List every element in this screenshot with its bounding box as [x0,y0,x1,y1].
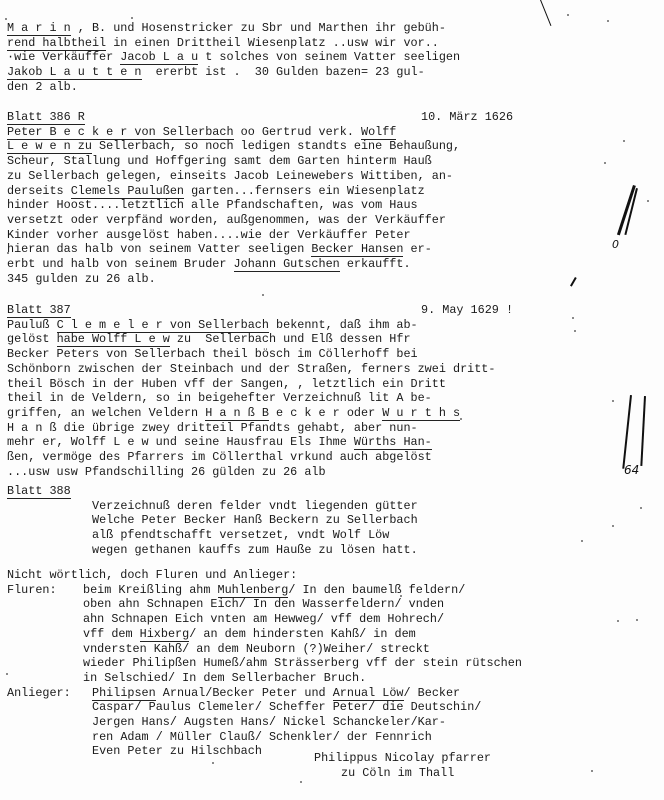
entry-line: Pauluß C l e m e l e r von Sellerbach be… [7,318,418,332]
text-run: oo Gertrud verk. [234,125,361,139]
text-run: beim Kreißling ahm [83,583,218,597]
underlined-name: Jacob L a u [120,50,198,65]
text-run: in einen Drittheil Wiesenplatz ..usw wir… [106,36,439,50]
text-run: ßen, vermöge des Pfarrers im Cöllerthal … [7,450,432,464]
text-run: den 2 alb. [7,80,78,94]
anlieger-line: Jergen Hans/ Augsten Hans/ Nickel Schanc… [92,715,446,729]
scan-speck [581,540,583,542]
underlined-name: Philipsen [92,686,156,701]
scan-speck [591,770,593,772]
entry-line: Scheur, Stallung und Hoffgering samt dem… [7,154,432,168]
text-run: Arnual/Becker Peter und [156,686,333,700]
underlined-name: W u r t h s [382,406,460,421]
scan-speck [640,507,642,509]
fluren-line: wieder Philipßen Humeß/ahm Strässerberg … [83,656,522,670]
fluren-line: beim Kreißling ahm Muhlenberg/ In den ba… [83,583,465,597]
anlieger-label: Anlieger: [7,686,71,700]
text-run: ·wie Verkäuffer [7,50,120,64]
entry-line: erbt und halb von seinem Bruder Johann G… [7,257,411,271]
entry-line: mehr er, Wolff L e w und seine Hausfrau … [7,435,432,449]
text-run: Scheur, Stallung und Hoffgering samt dem… [7,154,432,168]
text-run: ererbt ist . 30 Gulden bazen= 23 gul- [142,65,425,79]
opening-entry-line: rend halbtheil in einen Drittheil Wiesen… [7,36,439,50]
fluren-line: ahn Schnapen Eich vnten am Hewweg/ vff d… [83,612,444,626]
pen-stroke-mark [640,396,645,466]
scan-speck [647,200,649,202]
entry-line: versetzt oder verpfänd worden, außgenomm… [7,213,446,227]
scan-speck [262,294,264,296]
underlined-name: Wolff [361,125,396,140]
entry-line: Schönborn zwischen der Steinbach und der… [7,362,495,376]
scan-speck [612,525,614,527]
opening-entry-line: M a r i n , B. und Hosenstricker zu Sbr … [7,21,446,35]
scan-speck [5,18,7,20]
scan-speck [572,317,574,319]
anlieger-line: Philipsen Arnual/Becker Peter und Arnual… [92,686,460,700]
text-run: er- [403,242,431,256]
text-run: gelöst [7,332,57,346]
fluren-line: oben ahn Schnapen Eich/ In den Wasserfel… [83,597,444,611]
text-run: hinder Hoost....letztlich alle Pfandscha… [7,198,418,212]
text-run: Schönborn zwischen der Steinbach und der… [7,362,495,376]
pen-stroke-mark [622,395,631,469]
scan-speck [6,673,8,675]
entry-line: theil in de Veldern, so in beigehefter V… [7,391,432,405]
text-run: theil Bösch in der Huben vff der Sangen,… [7,377,446,391]
scan-speck [612,400,614,402]
text-run: , B. und Hosenstricker zu Sbr und Marthe… [71,21,446,35]
underlined-name: H a n ß B [205,406,269,421]
scan-speck [300,781,302,783]
underlined-name: Blatt 386 R [7,110,85,125]
text-run: hieran das halb von seinem Vatter seelig… [7,242,311,256]
text-run: e c k e r oder [269,406,382,420]
anlieger-line: Caspar/ Paulus Clemeler/ Scheffer Peter/… [92,700,481,714]
scan-speck [400,595,402,597]
entry-heading: Blatt 387 [7,303,71,317]
pen-stroke-mark [540,0,552,26]
typewritten-document-page: M a r i n , B. und Hosenstricker zu Sbr … [0,0,664,800]
text-run: Even Peter zu Hilschbach [92,744,262,758]
entry-line: L e w e n zu Sellerbach, so noch ledigen… [7,139,460,153]
opening-entry-line: den 2 alb. [7,80,78,94]
fluren-line: vff dem Hixberg/ an dem hindersten Kahß/… [83,627,416,641]
underlined-name: M a r i n [7,21,71,36]
scan-speck [604,162,606,164]
scan-speck [617,620,619,622]
underlined-name: Peter B e c k e r von Sellerbach [7,125,234,140]
text-run: Pauluß [7,318,57,332]
text-run: versetzt oder verpfänd worden, außgenomm… [7,213,446,227]
text-run: derseits [7,184,71,198]
text-run: zu Sellerbach gelegen, einseits Jacob Le… [7,169,453,183]
entry-date: 10. März 1626 [421,110,513,124]
text-run: bekennt, daß ihm ab- [269,318,418,332]
entry-line: hieran das halb von seinem Vatter seelig… [7,242,432,256]
text-run: theil in de Veldern, so in beigehefter V… [7,391,432,405]
underlined-name: Blatt 388 [7,484,71,499]
underlined-name: Johann Gutschen [234,257,340,272]
text-run: / In den baumelß feldern/ [288,583,465,597]
underlined-name: Muhlenberg [218,583,289,598]
scan-speck [460,418,462,420]
text-run: / Becker [404,686,461,700]
entry-line: griffen, an welchen Veldern H a n ß B e … [7,406,460,420]
underlined-name: Arnual Löw [333,686,404,701]
indented-line: alß pfendtschafft versetzet, vndt Wolf L… [92,528,389,542]
scan-speck [7,252,9,254]
underlined-name: Blatt 387 [7,303,71,318]
entry-heading: Blatt 388 [7,484,71,498]
entry-date: 9. May 1629 ! [421,303,513,317]
signature-line: Philippus Nicolay pfarrer [314,751,491,765]
text-run: Caspar/ Paulus Clemeler/ Scheffer Peter/… [92,700,481,714]
text-run: zu Sellerbach und Elß dessen Hfr [170,332,411,346]
handwritten-margin-note: 64 [624,463,639,477]
text-run: / an dem hindersten Kahß/ in dem [189,627,416,641]
underlined-name: habe Wolff L e w [57,332,170,347]
text-run: mehr er, Wolff L e w und seine Hausfrau … [7,435,354,449]
text-run: erkaufft. [340,257,411,271]
entry-line: 345 gulden zu 26 alb. [7,272,156,286]
text-run: vff dem [83,627,140,641]
text-run: ahn Schnapen Eich vnten am Hewweg/ vff d… [83,612,444,626]
underlined-name: Clemels Paulußen [71,184,184,199]
fluren-label: Fluren: [7,583,57,597]
text-run: oben ahn Schnapen Eich/ In den Wasserfel… [83,597,444,611]
handwritten-margin-note: 0 [612,238,619,251]
scan-speck [212,762,214,764]
text-run: vndersten Kahß/ an dem Neuborn (?)Weiher… [83,642,430,656]
fluren-line: in Selschied/ In dem Sellerbacher Bruch. [83,671,366,685]
underlined-name: rend halbtheil [7,36,106,51]
entry-line: H a n ß die übrige zwey dritteil Pfandts… [7,421,418,435]
underlined-name: Becker Hansen [311,242,403,257]
text-run: Sellerbach, so noch ledigen standts eine… [92,139,460,153]
entry-line: theil Bösch in der Huben vff der Sangen,… [7,377,446,391]
scan-speck [567,14,569,16]
indented-line: wegen gethanen kauffs zum Hauße zu lösen… [92,543,418,557]
entry-line: Kinder vorher ausgelöst haben....wie der… [7,228,411,242]
anlieger-line: ren Adam / Müller Clauß/ Schenkler/ der … [92,730,432,744]
underlined-name: Würths Han- [354,435,432,450]
underlined-name: Hixberg [140,627,190,642]
entry-line: derseits Clemels Paulußen garten...ferns… [7,184,425,198]
entry-line: hinder Hoost....letztlich alle Pfandscha… [7,198,418,212]
scan-speck [607,20,609,22]
entry-line: zu Sellerbach gelegen, einseits Jacob Le… [7,169,453,183]
text-run: ...usw usw Pfandschilling 26 gülden zu 2… [7,465,326,479]
text-run: t solches von seinem Vatter seeligen [198,50,460,64]
underlined-name: C l e m e l e r von Sellerbach [57,318,269,333]
underlined-name: L e w e n zu [7,139,92,154]
text-run: erbt und halb von seinem Bruder [7,257,234,271]
text-run: griffen, an welchen Veldern [7,406,205,420]
entry-heading: Blatt 386 R [7,110,85,124]
summary-intro: Nicht wörtlich, doch Fluren und Anlieger… [7,568,297,582]
entry-line: ...usw usw Pfandschilling 26 gülden zu 2… [7,465,326,479]
indented-line: Welche Peter Becker Hanß Beckern zu Sell… [92,513,418,527]
pen-stroke-mark [570,277,577,287]
entry-line: gelöst habe Wolff L e w zu Sellerbach un… [7,332,411,346]
text-run: ren Adam / Müller Clauß/ Schenkler/ der … [92,730,432,744]
scan-speck [623,140,625,142]
scan-speck [574,330,576,332]
text-run: wieder Philipßen Humeß/ahm Strässerberg … [83,656,522,670]
text-run: Becker Peters von Sellerbach theil bösch… [7,347,418,361]
signature-line: zu Cöln im Thall [341,766,454,780]
text-run: Jergen Hans/ Augsten Hans/ Nickel Schanc… [92,715,446,729]
entry-line: Peter B e c k e r von Sellerbach oo Gert… [7,125,396,139]
entry-line: Becker Peters von Sellerbach theil bösch… [7,347,418,361]
text-run: 345 gulden zu 26 alb. [7,272,156,286]
opening-entry-line: ·wie Verkäuffer Jacob L a u t solches vo… [7,50,460,64]
indented-line: Verzeichnuß deren felder vndt liegenden … [92,499,418,513]
text-run: in Selschied/ In dem Sellerbacher Bruch. [83,671,366,685]
fluren-line: vndersten Kahß/ an dem Neuborn (?)Weiher… [83,642,430,656]
scan-speck [131,17,133,19]
opening-entry-line: Jakob L a u t t e n ererbt ist . 30 Guld… [7,65,425,79]
text-run: H a n ß die übrige zwey dritteil Pfandts… [7,421,418,435]
underlined-name: Jakob L a u t t e n [7,65,142,80]
anlieger-line: Even Peter zu Hilschbach [92,744,262,758]
text-run: Kinder vorher ausgelöst haben....wie der… [7,228,411,242]
scan-speck [636,619,638,621]
text-run: garten...fernsers ein Wiesenplatz [184,184,425,198]
entry-line: ßen, vermöge des Pfarrers im Cöllerthal … [7,450,432,464]
